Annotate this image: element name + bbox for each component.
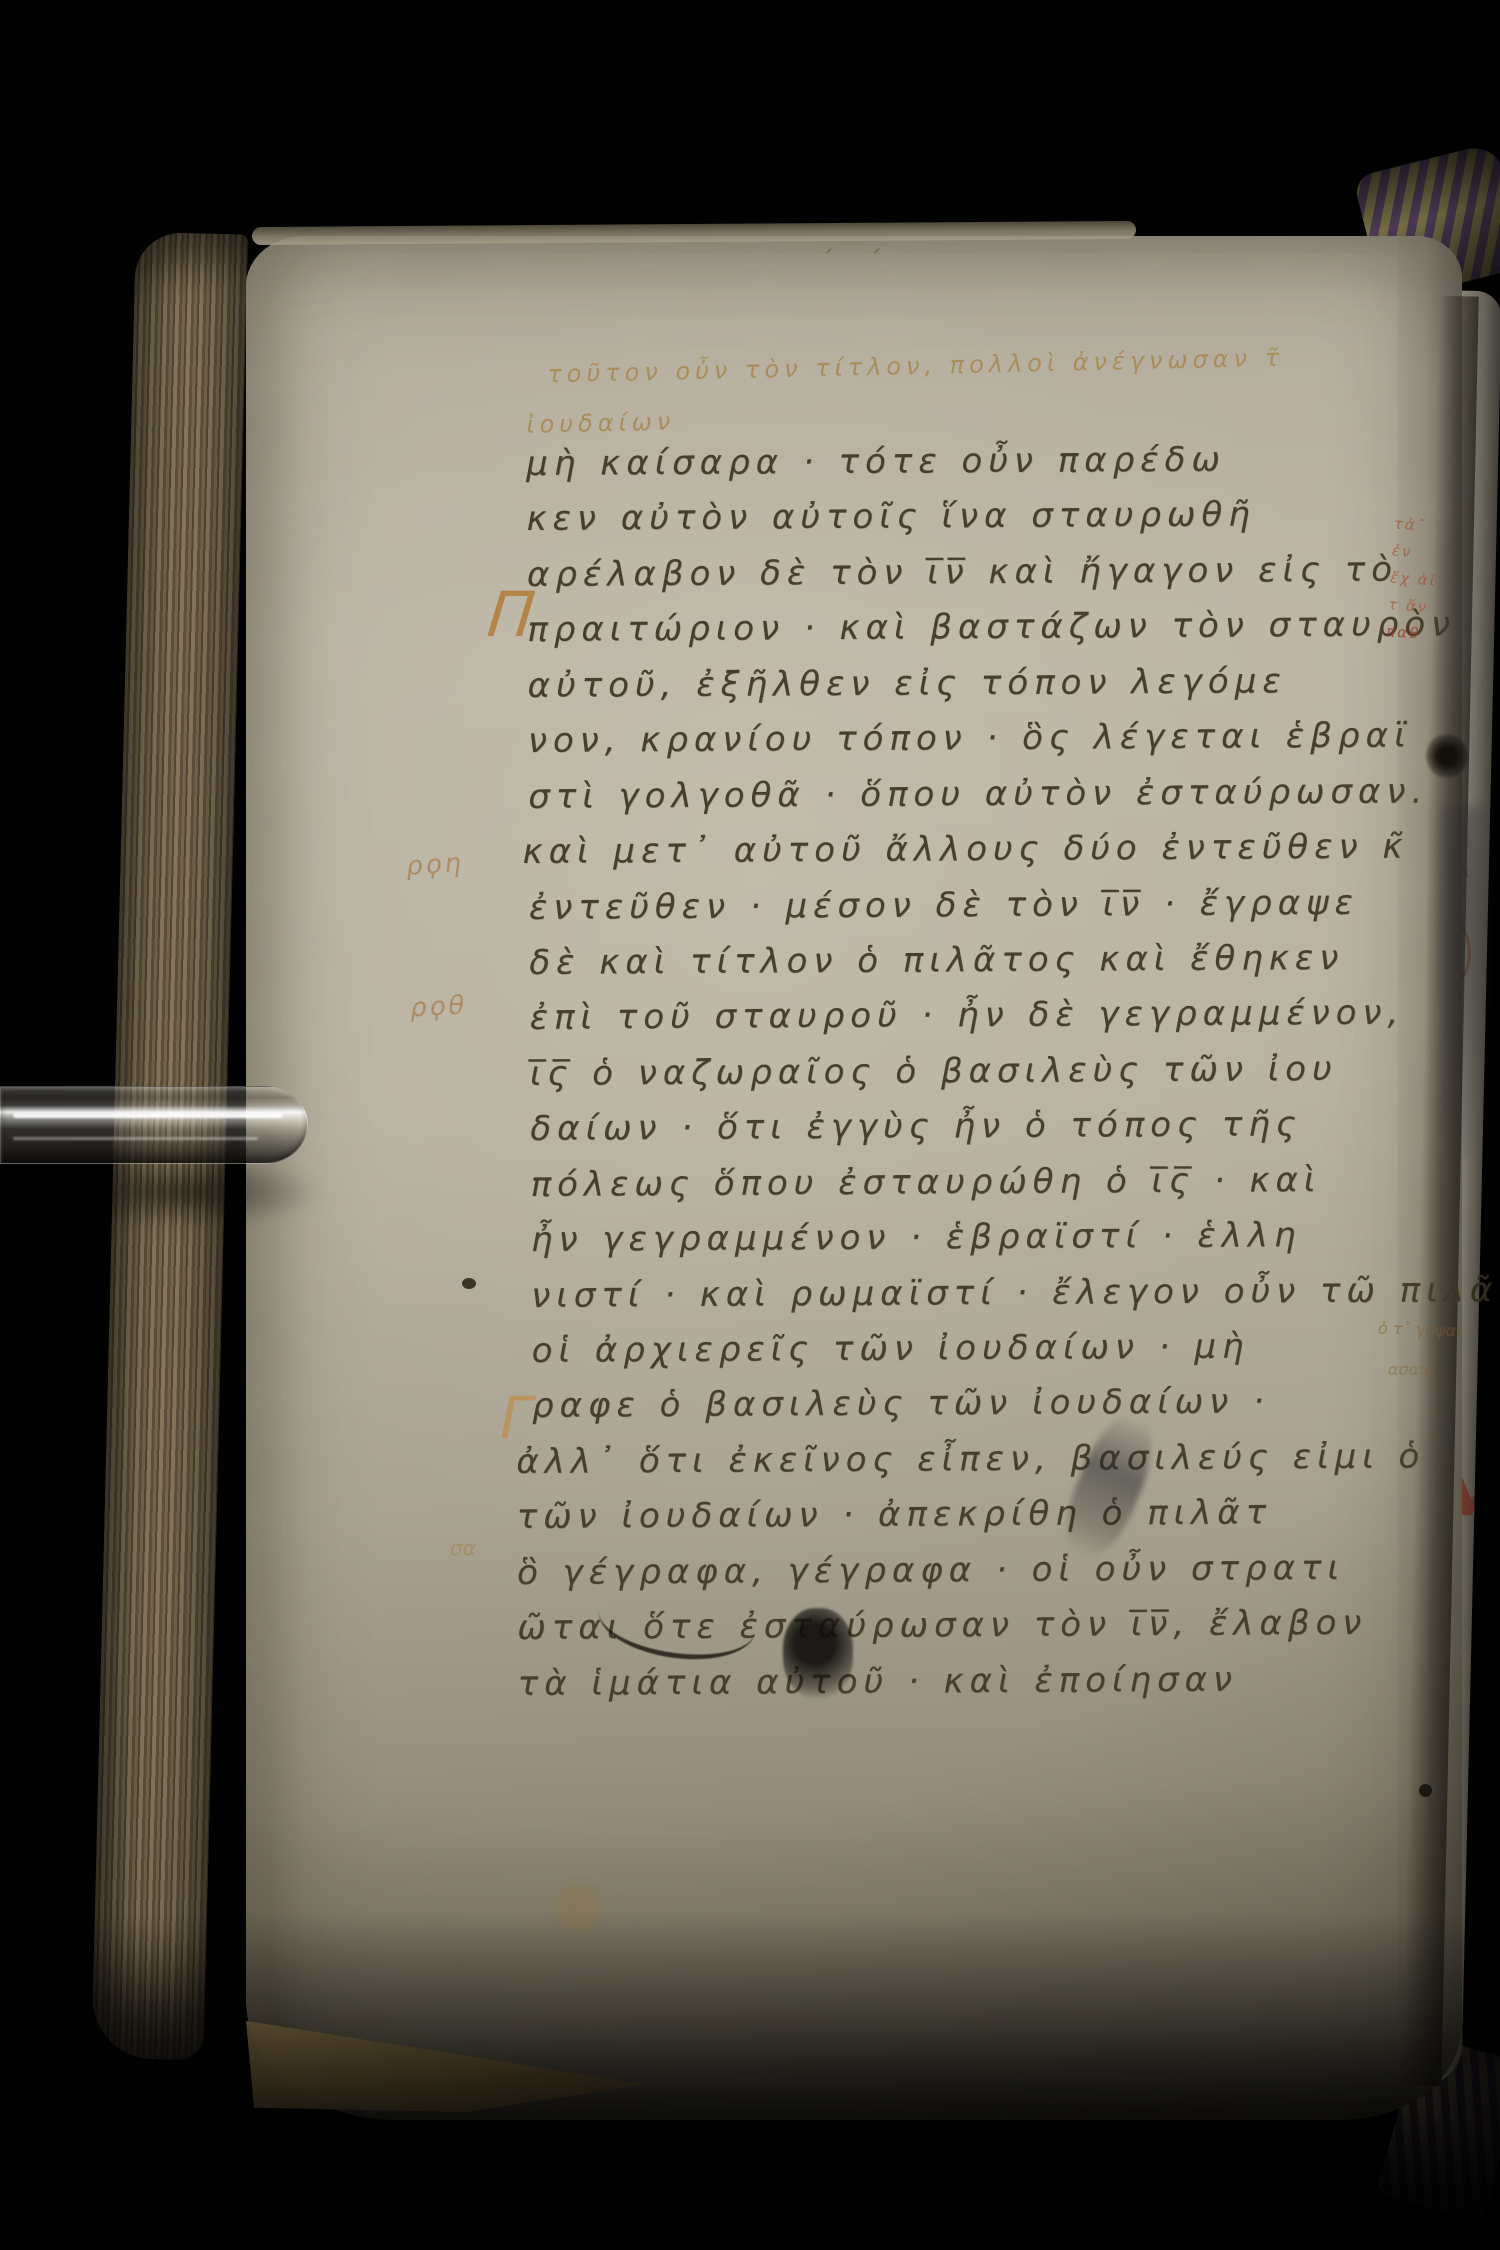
text-line: νιστί · καὶ ρωμαϊστί · ἔλεγον οὖν τῶ πιλ… xyxy=(531,1270,1498,1331)
ink-blob xyxy=(783,1608,853,1698)
text-line: τῶν ἰουδαίων · ἀπεκρίθη ὁ πιλᾶτ xyxy=(517,1491,1500,1552)
ammonian-section-upper: ρϙη xyxy=(405,848,465,882)
red-margin-gloss: τἀ῀ ἐν ἔχ ἀϊ τ ἄν παθ xyxy=(1385,511,1441,649)
rod-highlight-2 xyxy=(13,1137,258,1140)
edge-smudge xyxy=(1436,806,1490,1156)
text-line: αρέλαβον δὲ τὸν ι̅ν̅ καὶ ἤγαγον εἰς τὸ xyxy=(527,549,1494,610)
gospel-text-block: μὴ καίσαρα · τότε οὖν παρέδω κεν αὐτὸν α… xyxy=(526,438,1500,1719)
text-line: αὐτοῦ, ἐξῆλθεν εἰς τόπον λεγόμε xyxy=(527,660,1494,721)
text-line: καὶ μετ᾽ αὐτοῦ ἄλλους δύο ἐντεῦθεν κ̃ xyxy=(522,826,1495,887)
margin-note-right-1: ὁ τ᾽ γρψαι xyxy=(1378,1319,1462,1341)
text-line: νον, κρανίου τόπον · ὃς λέγεται ἑβραϊ xyxy=(528,715,1495,776)
text-line: ι̅ς̅ ὁ ναζωραῖος ὁ βασιλεὺς τῶν ἰου xyxy=(530,1048,1497,1109)
text-line: κεν αὐτὸν αὐτοῖς ἵνα σταυρωθῆ xyxy=(526,493,1493,554)
text-line: ραφε ὁ βασιλεὺς τῶν ἰουδαίων · xyxy=(532,1380,1499,1441)
margin-note-right-2: ασαιο xyxy=(1388,1360,1434,1379)
text-line: πόλεως ὅπου ἐσταυρώθη ὁ ι̅ς̅ · καὶ xyxy=(531,1159,1498,1220)
red-gloss-line: ἐν xyxy=(1391,537,1439,567)
text-line: δὲ καὶ τίτλον ὁ πιλᾶτος καὶ ἔθηκεν xyxy=(529,937,1496,998)
glass-weight-rod xyxy=(0,1086,308,1164)
red-gloss-line: ἔχ ἀϊ xyxy=(1389,564,1437,594)
text-line: στὶ γολγοθᾶ · ὅπου αὐτὸν ἐσταύρωσαν. xyxy=(528,771,1495,832)
red-gloss-line: τ ἄν xyxy=(1387,591,1435,621)
text-line: μὴ καίσαρα · τότε οὖν παρέδω xyxy=(526,438,1493,499)
manuscript-photograph: ϟι M ΄ ΄ τοῦτον οὖν τὸν τίτλον, πολλοὶ ἀ… xyxy=(0,0,1500,2250)
text-line: ἀλλ᾽ ὅτι ἐκεῖνος εἶπεν, βασιλεύς εἰμι ὁ xyxy=(516,1436,1499,1497)
text-line: δαίων · ὅτι ἐγγὺς ἦν ὁ τόπος τῆς xyxy=(530,1103,1497,1164)
stray-pen-marks: ΄ ΄ xyxy=(820,246,894,274)
text-line: πραιτώριον · καὶ βαστάζων τὸν σταυρὸν xyxy=(527,604,1494,665)
text-line: τὰ ἱμάτια αὐτοῦ · καὶ ἐποίησαν xyxy=(518,1658,1500,1719)
red-gloss-line: τἀ῀ xyxy=(1393,511,1441,541)
text-line: ἐντεῦθεν · μέσον δὲ τὸν ι̅ν̅ · ἔγραψε xyxy=(529,882,1496,943)
edge-ink-spot xyxy=(1426,734,1468,778)
wormhole xyxy=(1419,1784,1432,1797)
rod-shadow xyxy=(40,1156,325,1228)
ammonian-section-lower: ρϙθ xyxy=(409,991,468,1024)
ink-dot xyxy=(462,1278,476,1289)
rod-highlight xyxy=(13,1113,282,1118)
yellow-stain xyxy=(556,1884,600,1932)
text-line: ἦν γεγραμμένον · ἑβραϊστί · ἑλλη xyxy=(531,1214,1498,1275)
red-gloss-line: παθ xyxy=(1385,618,1433,648)
text-line: ἐπὶ τοῦ σταυροῦ · ἦν δὲ γεγραμμένον, xyxy=(530,992,1497,1053)
margin-note-sa: σα xyxy=(450,1536,476,1560)
text-line: οἱ ἀρχιερεῖς τῶν ἰουδαίων · μὴ xyxy=(532,1325,1499,1386)
